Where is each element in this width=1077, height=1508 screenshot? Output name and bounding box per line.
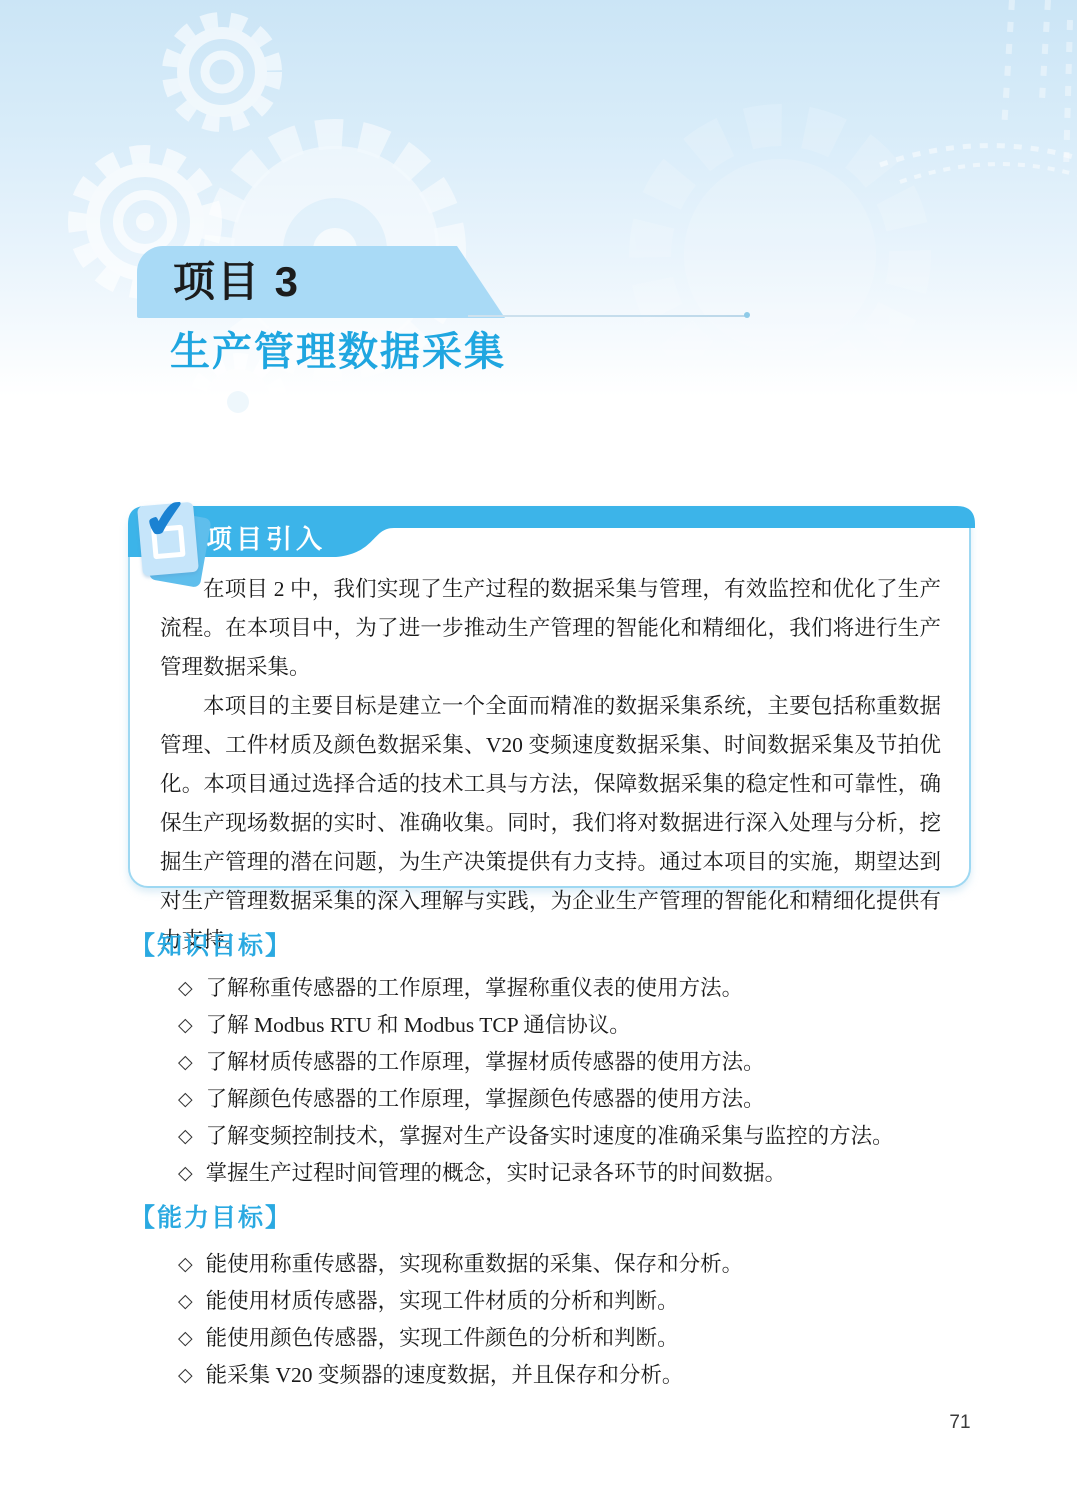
diamond-bullet-icon: ◇ [178, 1118, 193, 1154]
list-item-text: 能采集 V20 变频器的速度数据，并且保存和分析。 [206, 1363, 684, 1387]
list-item-text: 了解 Modbus RTU 和 Modbus TCP 通信协议。 [206, 1013, 631, 1037]
diamond-bullet-icon: ◇ [178, 1246, 193, 1282]
list-item: ◇了解颜色传感器的工作原理，掌握颜色传感器的使用方法。 [178, 1081, 894, 1118]
ability-goals-list: ◇能使用称重传感器，实现称重数据的采集、保存和分析。 ◇能使用材质传感器，实现工… [178, 1246, 743, 1394]
list-item-text: 了解材质传感器的工作原理，掌握材质传感器的使用方法。 [206, 1050, 765, 1074]
diamond-bullet-icon: ◇ [178, 1081, 193, 1117]
diamond-bullet-icon: ◇ [178, 1007, 193, 1043]
intro-paragraph-1: 在项目 2 中，我们实现了生产过程的数据采集与管理，有效监控和优化了生产流程。在… [160, 570, 941, 687]
check-glyph: ✔ [141, 488, 191, 552]
project-banner: 项目 3 [137, 246, 505, 318]
list-item: ◇能使用材质传感器，实现工件材质的分析和判断。 [178, 1283, 743, 1320]
project-number-label: 项目 3 [173, 246, 300, 318]
list-item: ◇能使用称重传感器，实现称重数据的采集、保存和分析。 [178, 1246, 743, 1283]
list-item: ◇能使用颜色传感器，实现工件颜色的分析和判断。 [178, 1320, 743, 1357]
diamond-bullet-icon: ◇ [178, 1283, 193, 1319]
list-item: ◇了解 Modbus RTU 和 Modbus TCP 通信协议。 [178, 1007, 894, 1044]
list-item: ◇能采集 V20 变频器的速度数据，并且保存和分析。 [178, 1357, 743, 1394]
list-item: ◇掌握生产过程时间管理的概念，实时记录各环节的时间数据。 [178, 1155, 894, 1192]
list-item-text: 能使用称重传感器，实现称重数据的采集、保存和分析。 [206, 1252, 744, 1276]
intro-paragraphs: 在项目 2 中，我们实现了生产过程的数据采集与管理，有效监控和优化了生产流程。在… [160, 570, 941, 960]
diamond-bullet-icon: ◇ [178, 1044, 193, 1080]
intro-badge-label: 项目引入 [206, 521, 326, 557]
ability-goals-heading: 【能力目标】 [130, 1198, 292, 1234]
page-title: 生产管理数据采集 [170, 320, 506, 377]
list-item: ◇了解变频控制技术，掌握对生产设备实时速度的准确采集与监控的方法。 [178, 1118, 894, 1155]
list-item: ◇了解称重传感器的工作原理，掌握称重仪表的使用方法。 [178, 970, 894, 1007]
list-item-text: 能使用材质传感器，实现工件材质的分析和判断。 [206, 1289, 679, 1313]
diamond-bullet-icon: ◇ [178, 1357, 193, 1393]
intro-paragraph-2: 本项目的主要目标是建立一个全面而精准的数据采集系统，主要包括称重数据管理、工件材… [160, 687, 941, 960]
diamond-bullet-icon: ◇ [178, 1320, 193, 1356]
list-item-text: 能使用颜色传感器，实现工件颜色的分析和判断。 [206, 1326, 679, 1350]
list-item: ◇了解材质传感器的工作原理，掌握材质传感器的使用方法。 [178, 1044, 894, 1081]
list-item-text: 了解变频控制技术，掌握对生产设备实时速度的准确采集与监控的方法。 [206, 1124, 894, 1148]
textbook-page: 项目 3 生产管理数据采集 项目引入 ✔ 在项目 2 中，我们实现了生产过程的数… [0, 0, 1077, 1508]
page-number: 71 [938, 1412, 982, 1434]
banner-underline-dot [744, 312, 750, 318]
knowledge-goals-list: ◇了解称重传感器的工作原理，掌握称重仪表的使用方法。 ◇了解 Modbus RT… [178, 970, 894, 1192]
list-item-text: 了解称重传感器的工作原理，掌握称重仪表的使用方法。 [206, 976, 744, 1000]
list-item-text: 掌握生产过程时间管理的概念，实时记录各环节的时间数据。 [206, 1161, 787, 1185]
diamond-bullet-icon: ◇ [178, 1155, 193, 1191]
diamond-bullet-icon: ◇ [178, 970, 193, 1006]
knowledge-goals-heading: 【知识目标】 [130, 926, 292, 962]
list-item-text: 了解颜色传感器的工作原理，掌握颜色传感器的使用方法。 [206, 1087, 765, 1111]
intro-box: 项目引入 ✔ 在项目 2 中，我们实现了生产过程的数据采集与管理，有效监控和优化… [128, 506, 971, 888]
banner-underline [468, 315, 746, 317]
